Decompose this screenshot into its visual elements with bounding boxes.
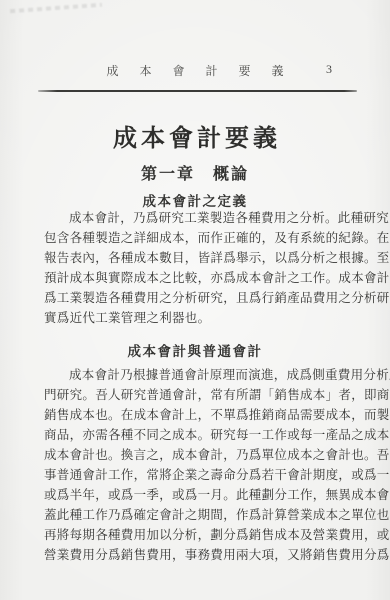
body-line: 爲工業製造各種費用之分析研究，且爲行銷產品費用之分析研究， — [44, 288, 356, 308]
paragraph-definition: 成本會計，乃爲研究工業製造各種費用之分析。此種研究， 包含各種製造之詳細成本，而… — [44, 208, 356, 328]
body-line: 銷售成本也。在成本會計上，不單爲推銷商品需要成本，而製造 — [44, 405, 356, 425]
page-number: 3 — [326, 62, 332, 77]
body-line: 事普通會計工作，常將企業之壽命分爲若干會計期度，或爲一年， — [44, 465, 356, 485]
scanned-book-page: 成 本 會 計 要 義 3 成本會計要義 第一章 概論 成本會計之定義 成本會計… — [0, 0, 390, 600]
body-line: 成本會計乃根據普通會計原理而演進，成爲側重費用分析之專 — [44, 365, 356, 385]
section-heading-definition: 成本會計之定義 — [0, 190, 390, 210]
scan-artifact-smudge — [10, 3, 102, 13]
body-line: 或爲半年，或爲一季，或爲一月。此種劃分工作，無異成本會計， — [44, 485, 356, 505]
running-header: 成 本 會 計 要 義 3 — [0, 62, 390, 80]
body-line: 再將每期各種費用加以分析，劃分爲銷售成本及營業費用，或再將 — [44, 525, 356, 545]
body-line: 成本會計，乃爲研究工業製造各種費用之分析。此種研究， — [44, 208, 356, 228]
body-line: 預計成本與實際成本之比較，亦爲成本會計之工作。成本會計不特 — [44, 268, 356, 288]
body-line: 報告表內，各種成本數目，皆詳爲舉示，以爲分析之根據。至於 — [44, 248, 356, 268]
body-line: 門研究。吾人研究普通會計，常有所謂「銷售成本」者，即商品之 — [44, 385, 356, 405]
body-line: 成本會計也。換言之，成本會計，乃爲單位成本之會計也。吾人從 — [44, 445, 356, 465]
section-heading-comparison: 成本會計與普通會計 — [0, 340, 390, 360]
body-line: 包含各種製造之詳細成本，而作正確的，及有系統的紀錄。在成本 — [44, 228, 356, 248]
body-line: 營業費用分爲銷售費用，事務費用兩大項，又將銷售費用分爲銷售 — [44, 545, 356, 565]
body-line: 蓋此種工作乃爲確定會計之期間，作爲計算營業成本之單位也。若 — [44, 505, 356, 525]
body-line: 實爲近代工業管理之利器也。 — [44, 308, 356, 328]
book-title: 成本會計要義 — [0, 118, 390, 153]
chapter-heading: 第一章 概論 — [0, 161, 390, 184]
header-rule-divider — [38, 90, 357, 92]
paragraph-comparison: 成本會計乃根據普通會計原理而演進，成爲側重費用分析之專 門研究。吾人研究普通會計… — [44, 365, 356, 565]
body-line: 商品，亦需各種不同之成本。研究每一工作或每一產品之成本，即 — [44, 425, 356, 445]
